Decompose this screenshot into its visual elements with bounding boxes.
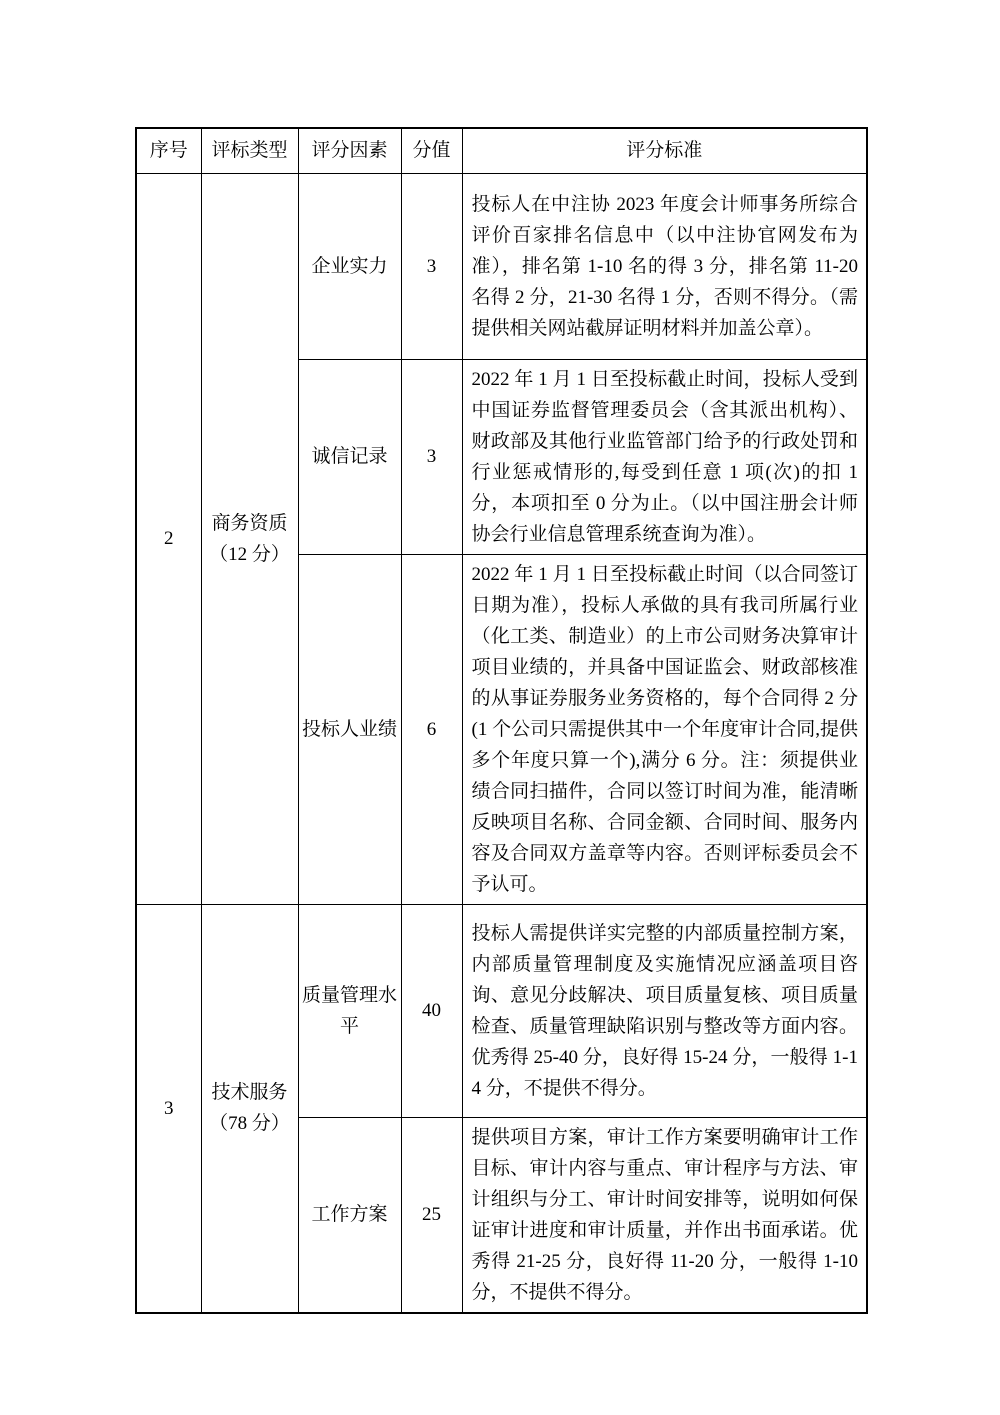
score-bidder-performance: 6 [401,554,462,904]
score-integrity-record: 3 [401,359,462,554]
score-quality-management: 40 [401,904,462,1117]
header-cell-criteria: 评分标准 [462,128,867,173]
factor-quality-management: 质量管理水平 [298,904,401,1117]
criteria-bidder-performance: 2022 年 1 月 1 日至投标截止时间（以合同签订日期为准），投标人承做的具… [462,554,867,904]
factor-enterprise-strength: 企业实力 [298,173,401,359]
group-seq-business: 2 [136,173,201,904]
criteria-quality-management: 投标人需提供详实完整的内部质量控制方案，内部质量管理制度及实施情况应涵盖项目咨询… [462,904,867,1117]
header-cell-seq: 序号 [136,128,201,173]
group-type-technical: 技术服务（78 分） [201,904,298,1313]
factor-work-plan: 工作方案 [298,1117,401,1313]
group-seq-technical: 3 [136,904,201,1313]
evaluation-criteria-table: 序号 评标类型 评分因素 分值 评分标准 2 商务资质（12 分） 企业实力 3… [135,127,868,1314]
header-cell-score: 分值 [401,128,462,173]
criteria-integrity-record: 2022 年 1 月 1 日至投标截止时间，投标人受到中国证券监督管理委员会（含… [462,359,867,554]
factor-bidder-performance: 投标人业绩 [298,554,401,904]
table-row: 2 商务资质（12 分） 企业实力 3 投标人在中注协 2023 年度会计师事务… [136,173,867,359]
group-type-business: 商务资质（12 分） [201,173,298,904]
score-enterprise-strength: 3 [401,173,462,359]
document-page: 序号 评标类型 评分因素 分值 评分标准 2 商务资质（12 分） 企业实力 3… [0,0,1000,1415]
header-row: 序号 评标类型 评分因素 分值 评分标准 [136,128,867,173]
factor-integrity-record: 诚信记录 [298,359,401,554]
table-row: 3 技术服务（78 分） 质量管理水平 40 投标人需提供详实完整的内部质量控制… [136,904,867,1117]
header-cell-factor: 评分因素 [298,128,401,173]
header-cell-eval-type: 评标类型 [201,128,298,173]
score-work-plan: 25 [401,1117,462,1313]
criteria-work-plan: 提供项目方案，审计工作方案要明确审计工作目标、审计内容与重点、审计程序与方法、审… [462,1117,867,1313]
criteria-enterprise-strength: 投标人在中注协 2023 年度会计师事务所综合评价百家排名信息中（以中注协官网发… [462,173,867,359]
